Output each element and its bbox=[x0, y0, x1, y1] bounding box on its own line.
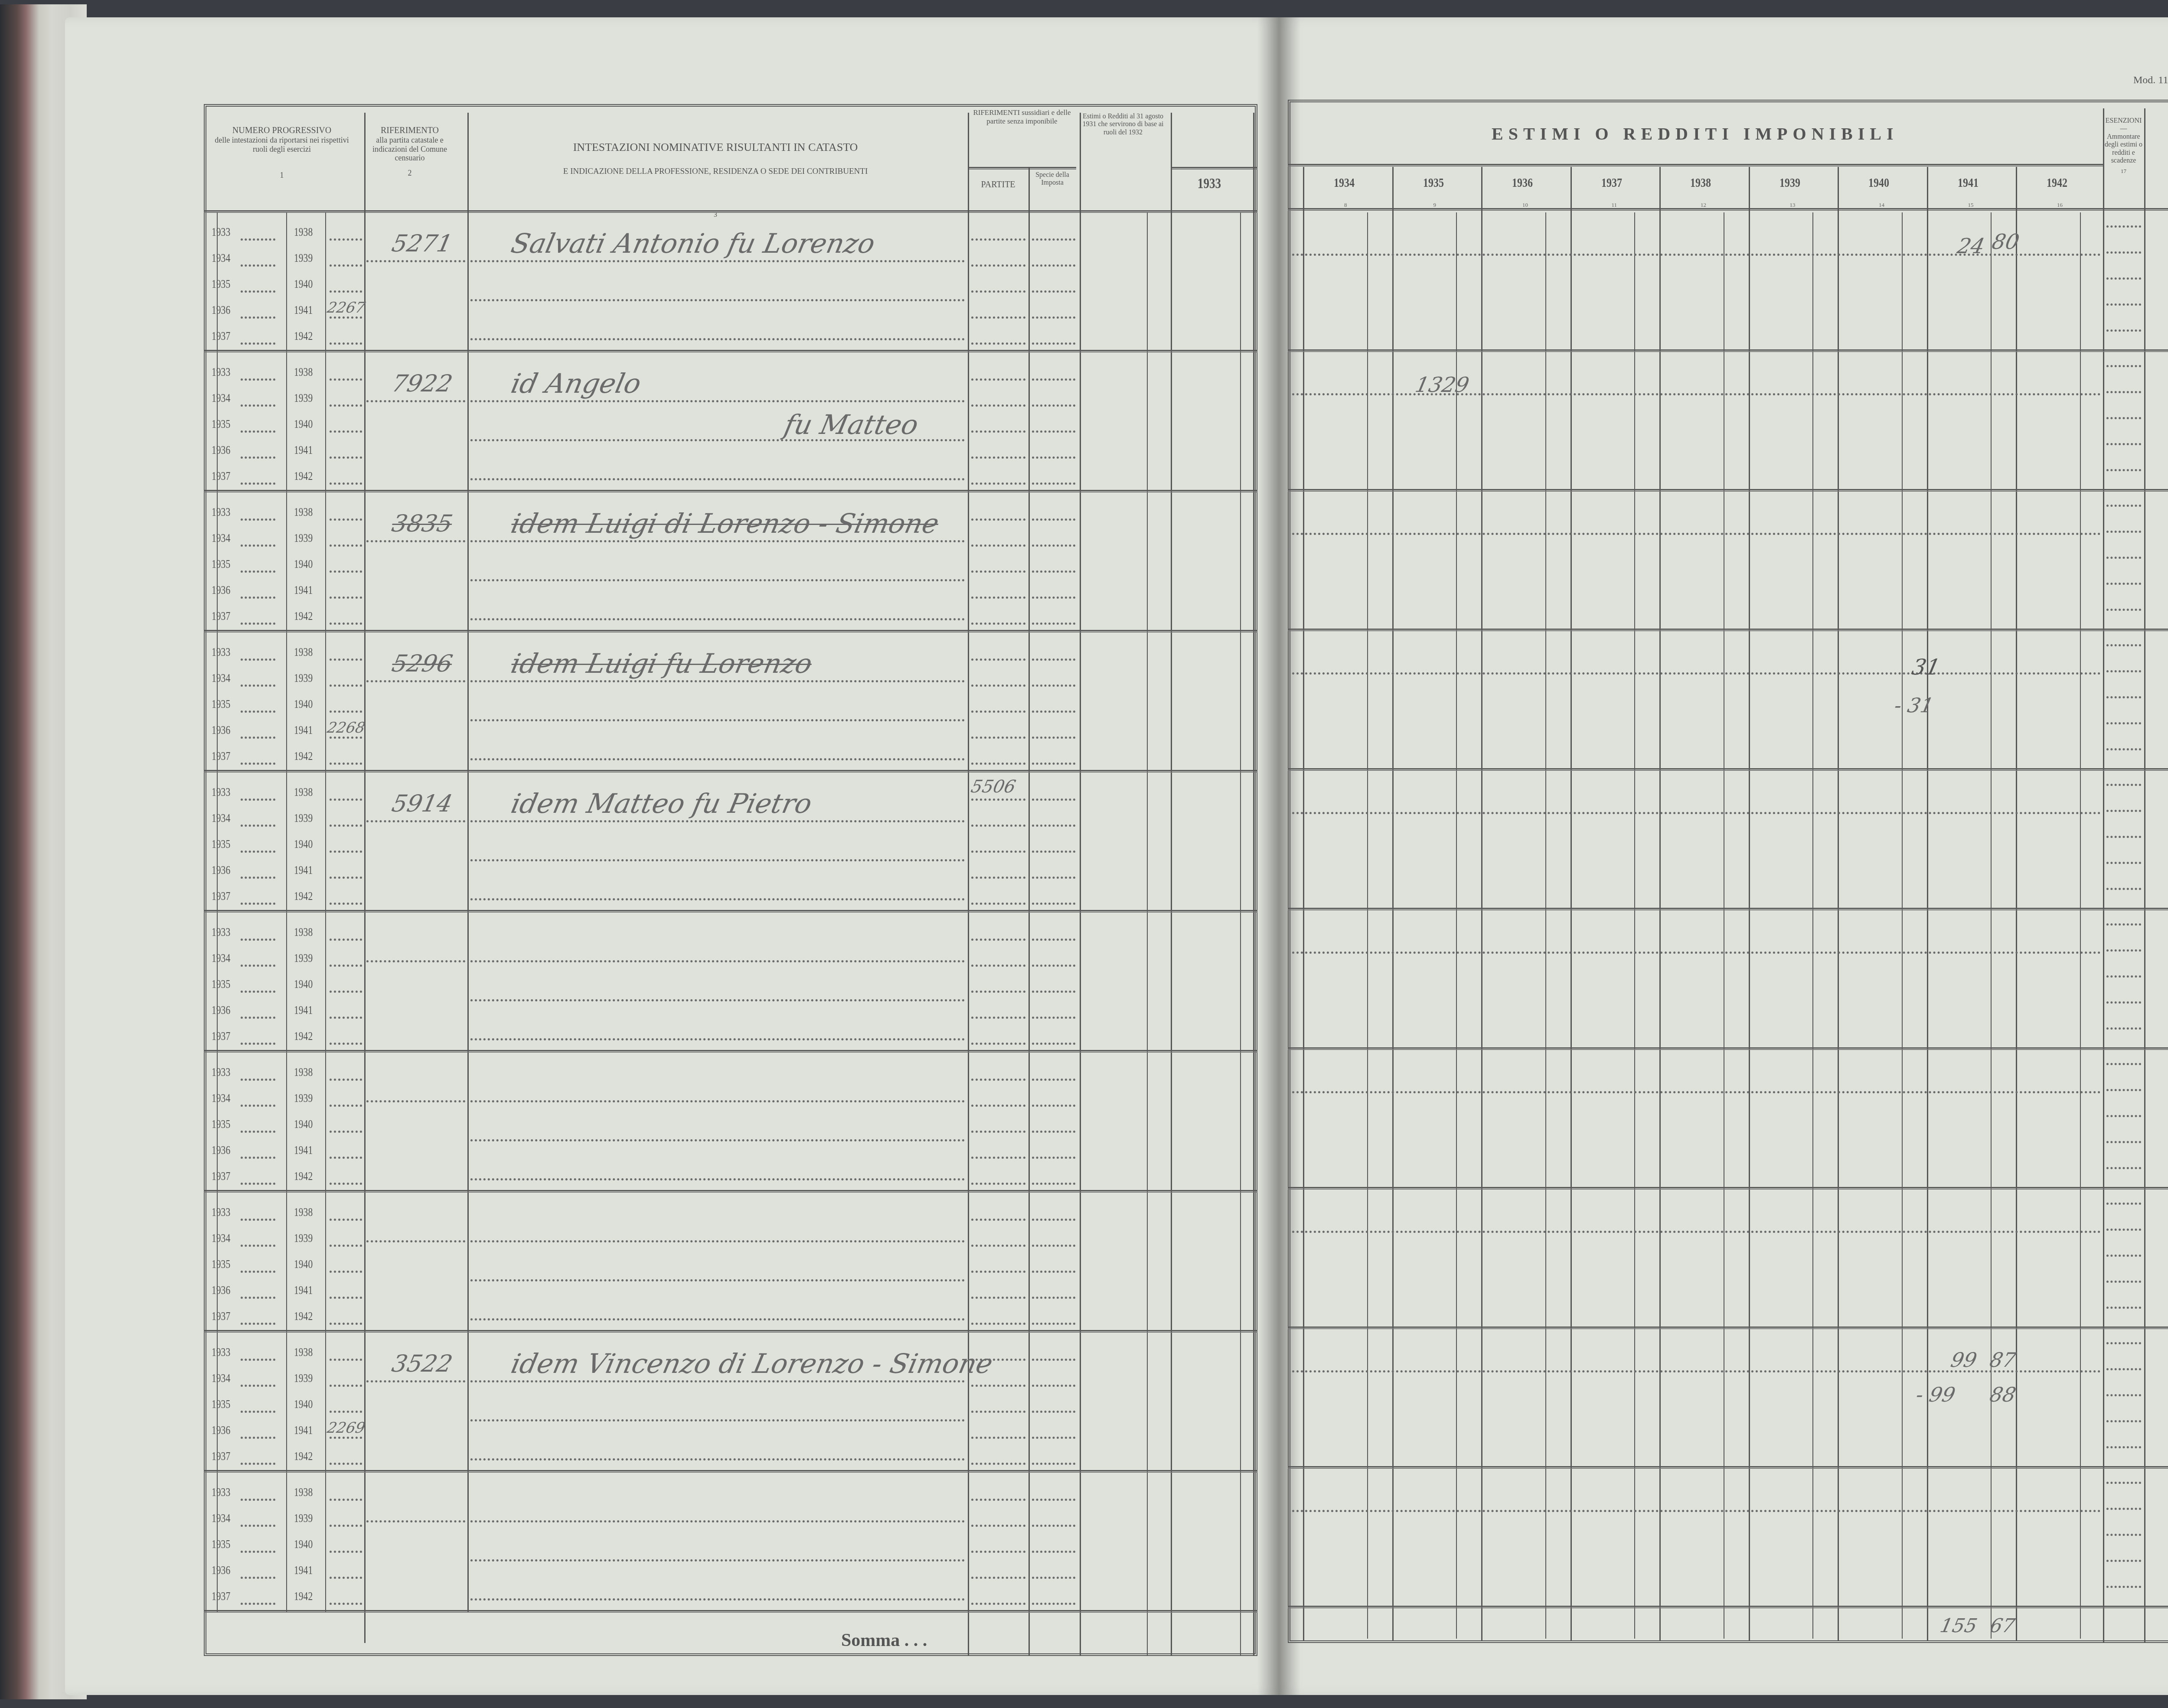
dotted-rule bbox=[971, 316, 1025, 319]
year-label: 1936 bbox=[212, 303, 230, 317]
dotted-rule bbox=[1032, 658, 1075, 661]
column-divider bbox=[2016, 167, 2017, 1641]
dotted-rule bbox=[1032, 1551, 1075, 1553]
year-label: 1941 bbox=[294, 1564, 313, 1577]
dotted-rule bbox=[241, 1157, 275, 1159]
form-model-label: Mod. 111 - Imposte Dirette (Intercalare)… bbox=[2133, 75, 2168, 86]
dotted-rule bbox=[1032, 991, 1075, 993]
dotted-rule bbox=[366, 960, 465, 962]
dotted-rule bbox=[330, 544, 362, 547]
dotted-rule bbox=[971, 903, 1025, 905]
dotted-rule bbox=[1032, 1437, 1075, 1439]
dotted-rule bbox=[971, 1245, 1025, 1247]
year-label: 1936 bbox=[212, 724, 230, 737]
cents-divider bbox=[1456, 212, 1457, 1639]
column-divider bbox=[1570, 167, 1572, 1641]
dotted-rule bbox=[330, 1183, 362, 1185]
column-number: 13 bbox=[1790, 202, 1796, 209]
year-label: 1935 bbox=[212, 277, 230, 291]
year-label: 1936 bbox=[212, 1144, 230, 1157]
entry-divider bbox=[204, 630, 1257, 632]
column-divider bbox=[1392, 167, 1394, 1641]
dotted-rule bbox=[470, 1178, 965, 1180]
year-label: 1933 bbox=[212, 1206, 230, 1219]
dotted-rule bbox=[330, 825, 362, 827]
dotted-rule bbox=[241, 1385, 275, 1387]
year-label: 1936 bbox=[212, 1284, 230, 1297]
dotted-rule bbox=[1032, 1577, 1075, 1579]
dotted-rule bbox=[971, 518, 1025, 521]
entry-side-number: 2269 bbox=[326, 1419, 367, 1437]
entry-reference: 5914 bbox=[389, 790, 455, 817]
header-sub: alla partita catastale e indicazioni del… bbox=[364, 136, 455, 163]
entry-name: idem Luigi di Lorenzo - Simone bbox=[508, 508, 942, 539]
dotted-rule bbox=[241, 877, 275, 879]
dotted-rule bbox=[1032, 877, 1075, 879]
dotted-rule bbox=[470, 1038, 965, 1040]
header-divider bbox=[1288, 164, 2103, 166]
year-label: 1941 bbox=[294, 1004, 313, 1017]
dotted-rule bbox=[1032, 596, 1075, 599]
year-label: 1933 bbox=[212, 1346, 230, 1359]
dotted-rule bbox=[330, 658, 362, 661]
entry-divider bbox=[1288, 489, 2168, 492]
year-column-header: 1936 bbox=[1512, 176, 1533, 190]
dotted-rule bbox=[971, 238, 1025, 241]
year-label: 1933 bbox=[212, 225, 230, 239]
dotted-rule bbox=[1032, 1131, 1075, 1133]
dotted-rule bbox=[2106, 391, 2141, 393]
value-row2-1935: 1329 bbox=[1413, 373, 1471, 397]
year-label: 1936 bbox=[212, 443, 230, 457]
dotted-rule bbox=[241, 596, 275, 599]
dotted-rule bbox=[241, 264, 275, 267]
entry-reference: 3522 bbox=[389, 1350, 455, 1377]
dotted-rule bbox=[2106, 1560, 2141, 1562]
dotted-rule bbox=[971, 456, 1025, 459]
dotted-rule bbox=[241, 1411, 275, 1413]
entry-divider bbox=[204, 350, 1257, 352]
dotted-rule bbox=[241, 1323, 275, 1325]
dotted-rule bbox=[241, 711, 275, 713]
year-label: 1936 bbox=[212, 583, 230, 597]
dotted-rule bbox=[1032, 711, 1075, 713]
dotted-rule bbox=[971, 378, 1025, 381]
dotted-rule bbox=[241, 1499, 275, 1501]
entry-side-number: 2268 bbox=[326, 719, 367, 737]
dotted-rule bbox=[2106, 1141, 2141, 1143]
year-label: 1937 bbox=[212, 890, 230, 903]
dotted-rule bbox=[330, 1385, 362, 1387]
dotted-rule bbox=[241, 404, 275, 407]
header-partite: PARTITE bbox=[968, 180, 1028, 190]
dotted-rule bbox=[330, 623, 362, 625]
dotted-rule bbox=[2106, 557, 2141, 559]
entry-divider bbox=[204, 1610, 1257, 1613]
dotted-rule bbox=[330, 1603, 362, 1605]
entry-divider bbox=[1288, 1606, 2168, 1608]
dotted-rule bbox=[971, 290, 1025, 293]
header-title: INTESTAZIONI NOMINATIVE RISULTANTI IN CA… bbox=[473, 141, 958, 154]
dotted-rule bbox=[470, 579, 965, 581]
dotted-rule bbox=[470, 999, 965, 1001]
dotted-rule bbox=[1032, 238, 1075, 241]
cents-divider bbox=[1724, 212, 1724, 1639]
year-label: 1934 bbox=[212, 251, 230, 265]
header-title: NUMERO PROGRESSIVO bbox=[208, 126, 356, 136]
year-label: 1935 bbox=[212, 838, 230, 851]
dotted-rule bbox=[470, 1240, 965, 1242]
dotted-rule bbox=[241, 1577, 275, 1579]
dotted-rule bbox=[330, 1411, 362, 1413]
dotted-rule bbox=[1032, 903, 1075, 905]
dotted-rule bbox=[241, 544, 275, 547]
dotted-rule bbox=[330, 737, 362, 739]
year-label: 1942 bbox=[294, 469, 313, 483]
dotted-rule bbox=[1032, 342, 1075, 345]
year-label: 1937 bbox=[212, 1590, 230, 1603]
column-divider bbox=[1240, 212, 1241, 1656]
dotted-rule bbox=[366, 1380, 465, 1382]
dotted-rule bbox=[2106, 1281, 2141, 1283]
dotted-rule bbox=[241, 1183, 275, 1185]
entry-divider bbox=[1288, 1187, 2168, 1190]
year-label: 1938 bbox=[294, 786, 313, 799]
right-ledger-table bbox=[1288, 100, 2168, 1643]
dotted-rule bbox=[241, 290, 275, 293]
dotted-rule bbox=[2106, 1027, 2141, 1030]
dotted-rule bbox=[470, 540, 965, 542]
year-label: 1937 bbox=[212, 329, 230, 343]
dotted-rule bbox=[366, 540, 465, 542]
year-label: 1937 bbox=[212, 469, 230, 483]
dotted-rule bbox=[470, 618, 965, 620]
year-label: 1933 bbox=[212, 645, 230, 659]
subheader-divider bbox=[1171, 167, 1257, 169]
dotted-rule bbox=[1032, 1323, 1075, 1325]
dotted-rule bbox=[971, 1385, 1025, 1387]
dotted-rule bbox=[2106, 1255, 2141, 1257]
dotted-rule bbox=[330, 1157, 362, 1159]
year-label: 1935 bbox=[212, 557, 230, 571]
year-label: 1940 bbox=[294, 1538, 313, 1551]
dotted-rule bbox=[2106, 784, 2141, 786]
dotted-rule bbox=[971, 991, 1025, 993]
dotted-rule bbox=[330, 965, 362, 967]
dotted-rule bbox=[2106, 722, 2141, 724]
header-riferimenti-sussidiari: RIFERIMENTI sussidiari e delle partite s… bbox=[968, 108, 1076, 125]
dotted-rule bbox=[971, 763, 1025, 765]
year-label: 1937 bbox=[212, 1450, 230, 1463]
dotted-rule bbox=[1032, 482, 1075, 485]
year-label: 1936 bbox=[212, 1424, 230, 1437]
value-row9-1941-b: - 99 bbox=[1914, 1383, 1957, 1406]
dotted-rule bbox=[971, 1105, 1025, 1107]
dotted-rule bbox=[1032, 737, 1075, 739]
dotted-rule bbox=[330, 1017, 362, 1019]
year-column-header: 1935 bbox=[1423, 176, 1444, 190]
dotted-rule bbox=[241, 623, 275, 625]
column-divider bbox=[1171, 113, 1172, 1656]
dotted-rule bbox=[1032, 1411, 1075, 1413]
column-number: 2 bbox=[364, 169, 455, 178]
dotted-rule bbox=[241, 1219, 275, 1221]
year-label: 1938 bbox=[294, 926, 313, 939]
dotted-rule bbox=[470, 299, 965, 301]
dotted-rule bbox=[241, 1271, 275, 1273]
dotted-rule bbox=[971, 737, 1025, 739]
year-label: 1938 bbox=[294, 645, 313, 659]
dotted-rule bbox=[971, 1131, 1025, 1133]
dotted-rule bbox=[470, 758, 965, 760]
entry-divider bbox=[1288, 908, 2168, 910]
year-label: 1942 bbox=[294, 610, 313, 623]
year-label: 1938 bbox=[294, 1206, 313, 1219]
year-label: 1934 bbox=[212, 671, 230, 685]
dotted-rule bbox=[330, 1271, 362, 1273]
column-number: 10 bbox=[1522, 202, 1528, 209]
entry-divider bbox=[1288, 1047, 2168, 1050]
dotted-rule bbox=[2106, 417, 2141, 419]
header-specie-imposta: Specie della Imposta bbox=[1028, 171, 1076, 187]
year-label: 1940 bbox=[294, 557, 313, 571]
dotted-rule bbox=[366, 680, 465, 682]
dotted-rule bbox=[330, 711, 362, 713]
dotted-rule bbox=[971, 430, 1025, 433]
dotted-rule bbox=[2106, 609, 2141, 611]
year-label: 1941 bbox=[294, 443, 313, 457]
year-label: 1933 bbox=[212, 1066, 230, 1079]
year-label: 1939 bbox=[294, 671, 313, 685]
year-label: 1935 bbox=[212, 1538, 230, 1551]
dotted-rule bbox=[971, 1157, 1025, 1159]
dotted-rule bbox=[2106, 277, 2141, 280]
dotted-rule bbox=[2106, 1063, 2141, 1065]
dotted-rule bbox=[2106, 1446, 2141, 1448]
dotted-rule bbox=[1032, 1525, 1075, 1527]
dotted-rule bbox=[241, 965, 275, 967]
header-dash: — bbox=[2103, 125, 2144, 133]
dotted-rule bbox=[470, 1318, 965, 1320]
dotted-rule bbox=[2106, 303, 2141, 306]
dotted-rule bbox=[470, 338, 965, 340]
dotted-rule bbox=[971, 1271, 1025, 1273]
entry-reference: 7922 bbox=[389, 370, 455, 397]
header-sub: E INDICAZIONE DELLA PROFESSIONE, RESIDEN… bbox=[473, 167, 958, 176]
header-sub: delle intestazioni da riportarsi nei ris… bbox=[208, 136, 356, 153]
dotted-rule bbox=[971, 1551, 1025, 1553]
dotted-rule bbox=[971, 1499, 1025, 1501]
dotted-rule bbox=[470, 260, 965, 262]
year-label: 1942 bbox=[294, 1450, 313, 1463]
dotted-rule bbox=[2106, 1307, 2141, 1309]
entry-side-number: 2267 bbox=[326, 299, 367, 316]
entry-reference: 5296 bbox=[389, 650, 455, 677]
header-riferimento: RIFERIMENTO alla partita catastale e ind… bbox=[364, 126, 455, 178]
year-label: 1935 bbox=[212, 1258, 230, 1271]
year-label: 1935 bbox=[212, 978, 230, 991]
dotted-rule bbox=[2106, 670, 2141, 672]
year-label: 1939 bbox=[294, 1512, 313, 1525]
dotted-rule bbox=[330, 1079, 362, 1081]
year-label: 1937 bbox=[212, 1030, 230, 1043]
dotted-rule bbox=[330, 939, 362, 941]
year-label: 1942 bbox=[294, 1310, 313, 1323]
column-divider bbox=[286, 212, 287, 1613]
dotted-rule bbox=[470, 1139, 965, 1141]
year-label: 1942 bbox=[294, 890, 313, 903]
dotted-rule bbox=[330, 570, 362, 573]
year-label: 1940 bbox=[294, 1258, 313, 1271]
dotted-rule bbox=[241, 1105, 275, 1107]
dotted-rule bbox=[971, 939, 1025, 941]
dotted-rule bbox=[366, 260, 465, 262]
dotted-rule bbox=[1292, 533, 2101, 535]
header-divider bbox=[1288, 208, 2168, 211]
year-label: 1933 bbox=[212, 365, 230, 379]
year-label: 1940 bbox=[294, 277, 313, 291]
dotted-rule bbox=[2106, 810, 2141, 812]
year-label: 1939 bbox=[294, 1092, 313, 1105]
cents-divider bbox=[1991, 212, 1992, 1639]
dotted-rule bbox=[241, 799, 275, 801]
dotted-rule bbox=[971, 570, 1025, 573]
dotted-rule bbox=[1032, 316, 1075, 319]
header-year-1933: 1933 bbox=[1198, 176, 1221, 192]
year-label: 1934 bbox=[212, 952, 230, 965]
dotted-rule bbox=[241, 1131, 275, 1133]
value-row9-1941-b-cents: 88 bbox=[1988, 1383, 2018, 1406]
dotted-rule bbox=[971, 1017, 1025, 1019]
dotted-rule bbox=[330, 238, 362, 241]
dotted-rule bbox=[971, 1043, 1025, 1045]
header-esenzioni: ESENZIONI — Ammontare degli estimi o red… bbox=[2103, 117, 2144, 175]
dotted-rule bbox=[1292, 672, 2101, 675]
year-label: 1941 bbox=[294, 864, 313, 877]
header-sub: Ammontare degli estimi o redditi e scade… bbox=[2103, 133, 2144, 165]
dotted-rule bbox=[330, 378, 362, 381]
dotted-rule bbox=[1032, 456, 1075, 459]
cents-divider bbox=[1367, 212, 1368, 1639]
dotted-rule bbox=[1032, 518, 1075, 521]
dotted-rule bbox=[971, 1183, 1025, 1185]
dotted-rule bbox=[470, 1559, 965, 1561]
entry-name: Salvati Antonio fu Lorenzo bbox=[508, 228, 878, 259]
dotted-rule bbox=[1292, 1091, 2101, 1093]
dotted-rule bbox=[971, 1577, 1025, 1579]
estimi-title: ESTIMI O REDDITI IMPONIBILI bbox=[1492, 124, 1899, 144]
year-label: 1940 bbox=[294, 978, 313, 991]
dotted-rule bbox=[241, 1359, 275, 1361]
dotted-rule bbox=[470, 898, 965, 900]
dotted-rule bbox=[241, 482, 275, 485]
dotted-rule bbox=[1032, 685, 1075, 687]
dotted-rule bbox=[470, 1419, 965, 1421]
dotted-rule bbox=[1292, 1370, 2101, 1372]
dotted-rule bbox=[2106, 836, 2141, 838]
dotted-rule bbox=[330, 1577, 362, 1579]
dotted-rule bbox=[2106, 1001, 2141, 1004]
dotted-rule bbox=[330, 799, 362, 801]
dotted-rule bbox=[971, 1411, 1025, 1413]
year-label: 1934 bbox=[212, 1092, 230, 1105]
column-divider bbox=[467, 113, 469, 1613]
year-label: 1936 bbox=[212, 864, 230, 877]
dotted-rule bbox=[971, 482, 1025, 485]
dotted-rule bbox=[2106, 696, 2141, 698]
cents-divider bbox=[1545, 212, 1546, 1639]
entry-divider bbox=[1288, 1327, 2168, 1329]
dotted-rule bbox=[330, 1245, 362, 1247]
dotted-rule bbox=[971, 1603, 1025, 1605]
dotted-rule bbox=[366, 400, 465, 402]
year-label: 1933 bbox=[212, 926, 230, 939]
dotted-rule bbox=[2106, 1368, 2141, 1370]
entry-divider bbox=[1288, 768, 2168, 771]
dotted-rule bbox=[1032, 799, 1075, 801]
cents-divider bbox=[2080, 212, 2081, 1639]
value-somma-1941: 155 bbox=[1938, 1615, 1979, 1637]
year-column-header: 1937 bbox=[1601, 176, 1622, 190]
year-label: 1933 bbox=[212, 786, 230, 799]
dotted-rule bbox=[1032, 623, 1075, 625]
column-number: 11 bbox=[1612, 202, 1617, 209]
year-label: 1939 bbox=[294, 952, 313, 965]
dotted-rule bbox=[2106, 1203, 2141, 1205]
year-label: 1935 bbox=[212, 698, 230, 711]
dotted-rule bbox=[1032, 1079, 1075, 1081]
dotted-rule bbox=[1032, 1157, 1075, 1159]
dotted-rule bbox=[2106, 1167, 2141, 1169]
dotted-rule bbox=[1032, 1499, 1075, 1501]
dotted-rule bbox=[241, 1437, 275, 1439]
dotted-rule bbox=[971, 1323, 1025, 1325]
dotted-rule bbox=[1032, 264, 1075, 267]
entry-divider bbox=[204, 770, 1257, 773]
dotted-rule bbox=[241, 658, 275, 661]
dotted-rule bbox=[1032, 1105, 1075, 1107]
dotted-rule bbox=[330, 1043, 362, 1045]
column-number: 16 bbox=[2057, 202, 2063, 209]
column-divider bbox=[1659, 167, 1661, 1641]
dotted-rule bbox=[2106, 505, 2141, 507]
dotted-rule bbox=[1292, 1231, 2101, 1233]
entry-divider bbox=[1288, 1466, 2168, 1469]
year-label: 1941 bbox=[294, 1424, 313, 1437]
dotted-rule bbox=[241, 939, 275, 941]
dotted-rule bbox=[330, 316, 362, 319]
dotted-rule bbox=[241, 1525, 275, 1527]
header-intestazioni: INTESTAZIONI NOMINATIVE RISULTANTI IN CA… bbox=[473, 141, 958, 219]
dotted-rule bbox=[1292, 1510, 2101, 1512]
value-row1-1941-cents: 80 bbox=[1990, 230, 2021, 254]
column-divider bbox=[1838, 167, 1839, 1641]
dotted-rule bbox=[330, 1359, 362, 1361]
dotted-rule bbox=[470, 478, 965, 480]
entry-divider bbox=[204, 1050, 1257, 1053]
year-label: 1937 bbox=[212, 1170, 230, 1183]
dotted-rule bbox=[971, 264, 1025, 267]
dotted-rule bbox=[971, 685, 1025, 687]
dotted-rule bbox=[1032, 1359, 1075, 1361]
dotted-rule bbox=[2106, 1534, 2141, 1536]
column-divider bbox=[2144, 108, 2145, 1643]
dotted-rule bbox=[2106, 443, 2141, 445]
dotted-rule bbox=[1032, 851, 1075, 853]
year-label: 1933 bbox=[212, 505, 230, 519]
dotted-rule bbox=[971, 825, 1025, 827]
year-label: 1934 bbox=[212, 1512, 230, 1525]
